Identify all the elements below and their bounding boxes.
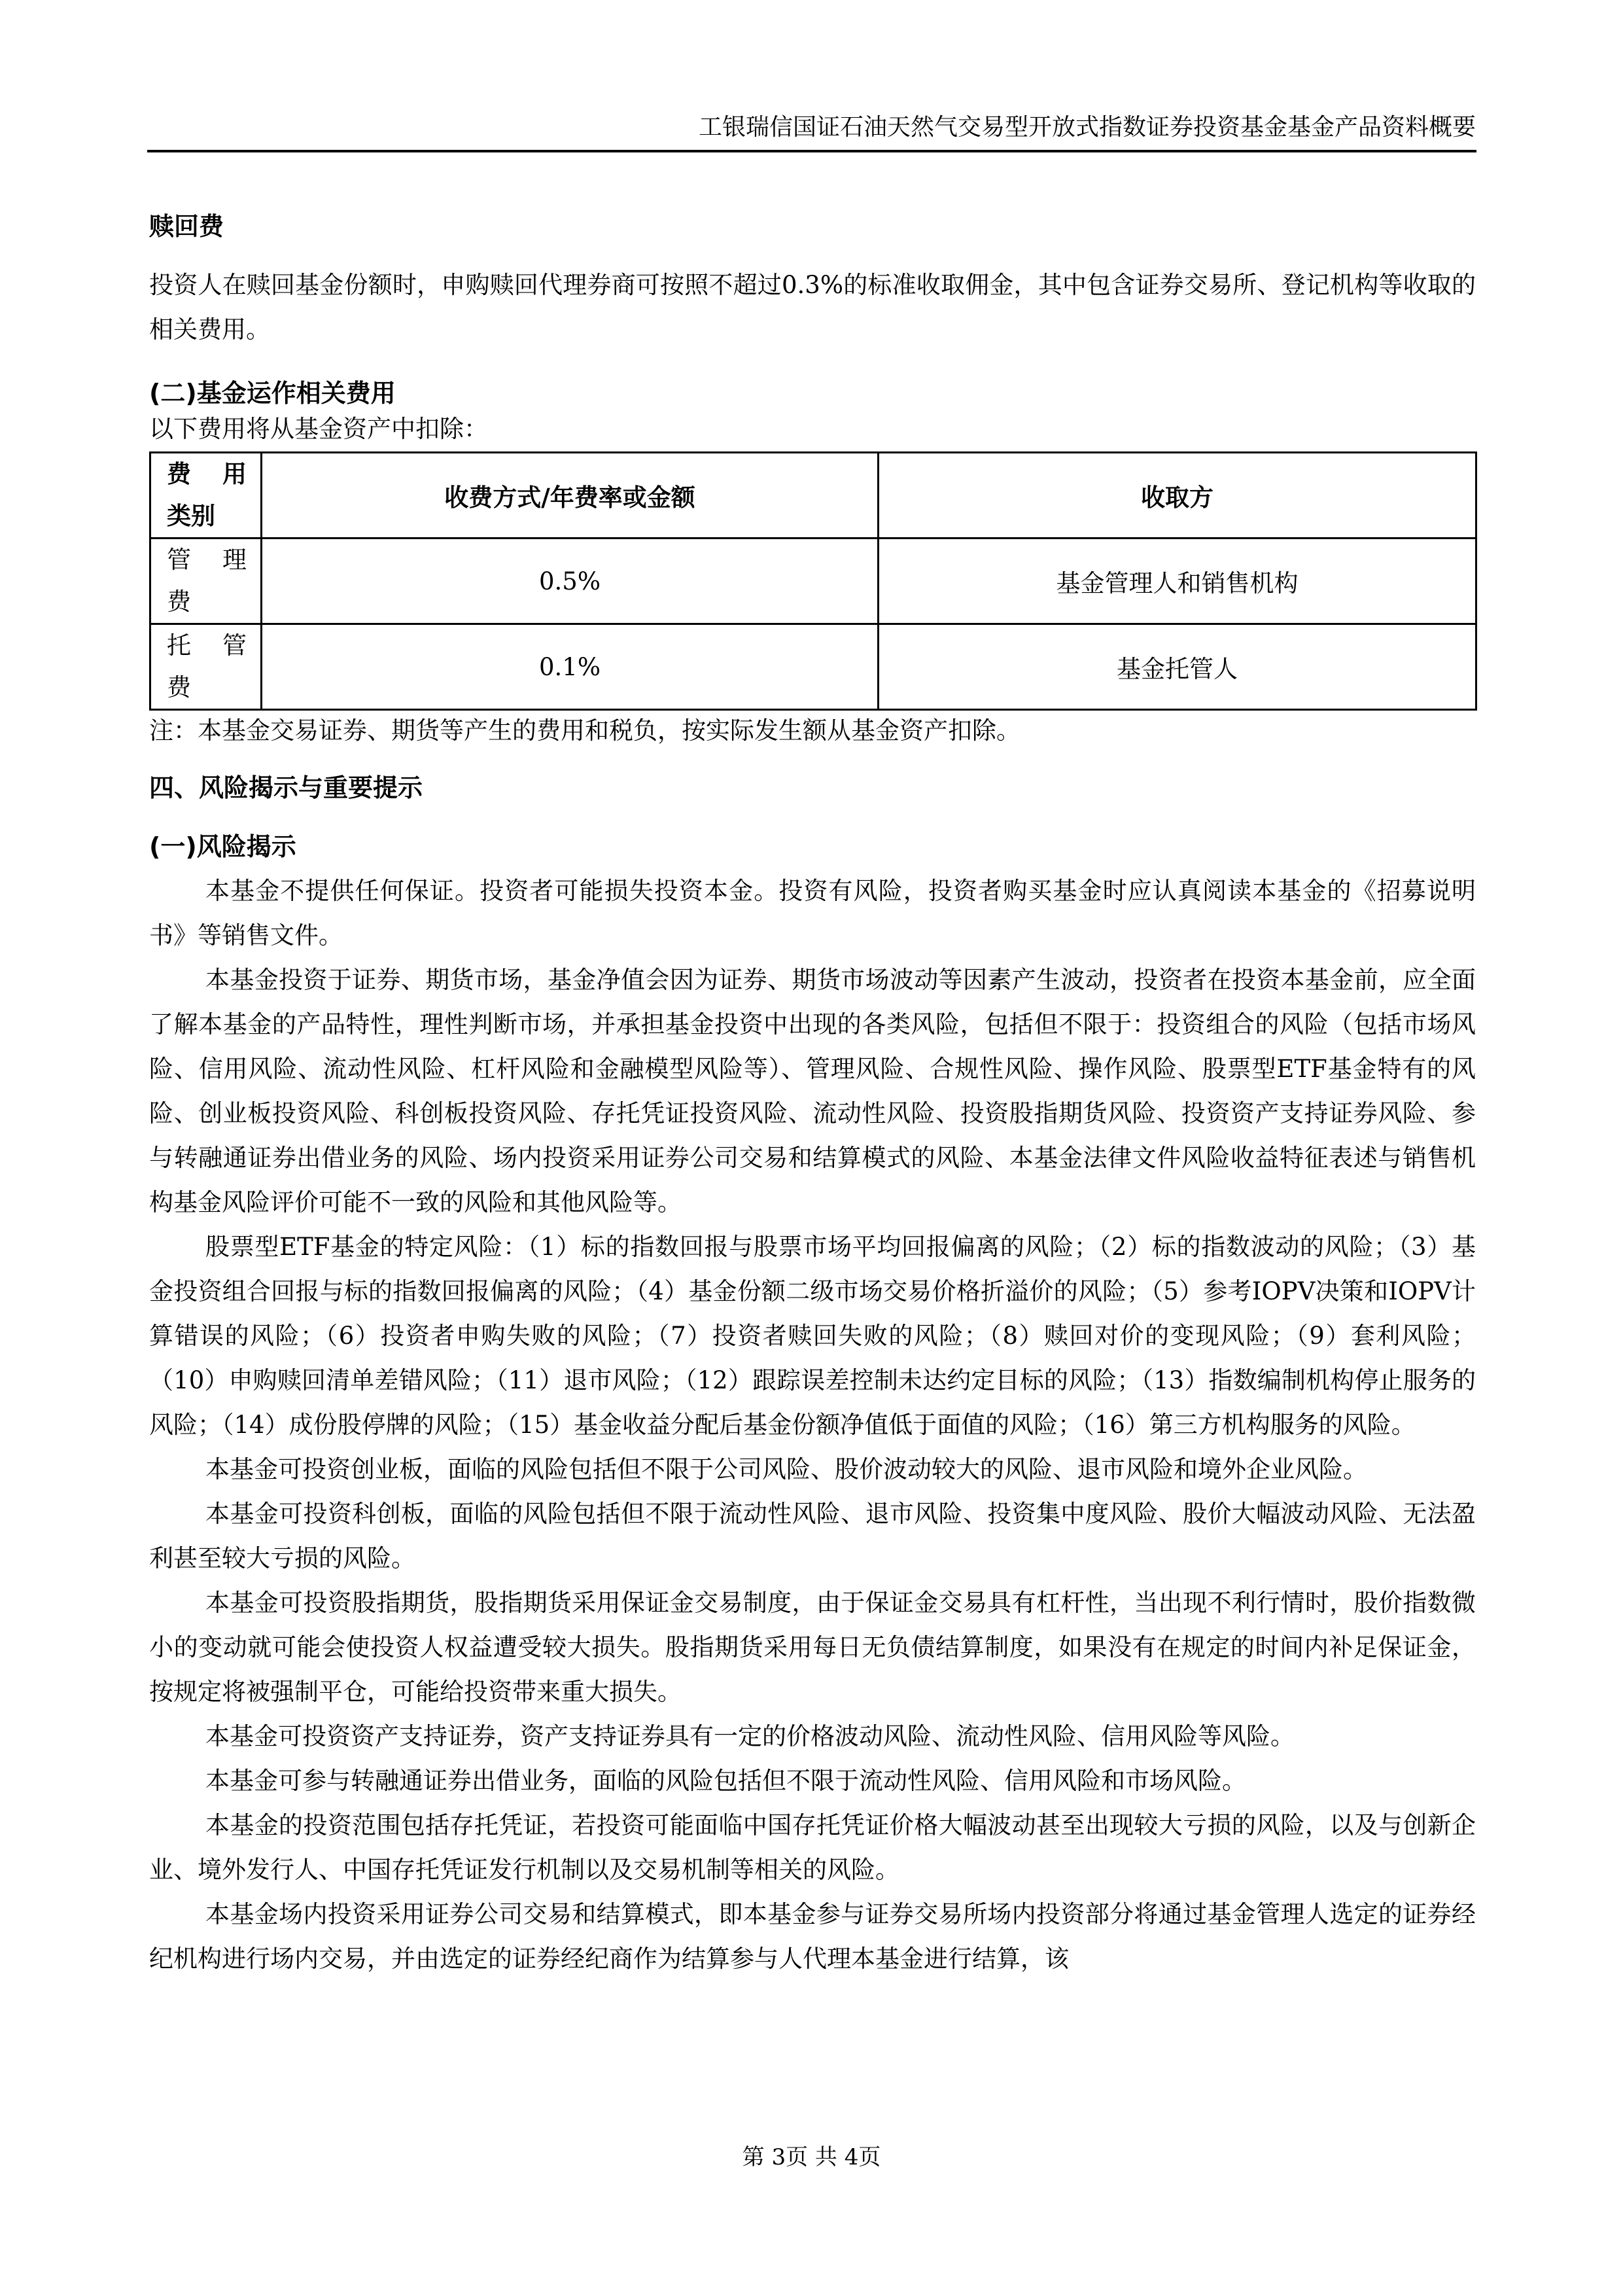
redemption-fee-heading: 赎回费 bbox=[149, 204, 1476, 249]
operating-fees-intro: 以下费用将从基金资产中扣除： bbox=[149, 412, 1476, 446]
header-fee-rate: 收费方式/年费率或金额 bbox=[262, 453, 879, 539]
operating-fees-note: 注：本基金交易证券、期货等产生的费用和税负，按实际发生额从基金资产扣除。 bbox=[149, 711, 1476, 751]
operating-fees-heading: (二)基金运作相关费用 bbox=[149, 374, 1476, 412]
cell-recipient: 基金托管人 bbox=[879, 624, 1476, 710]
risk-paragraph: 股票型ETF基金的特定风险：（1）标的指数回报与股票市场平均回报偏离的风险；（2… bbox=[149, 1225, 1476, 1447]
risk-section-heading: 四、风险揭示与重要提示 bbox=[149, 766, 1476, 810]
risk-paragraph: 本基金可投资科创板，面临的风险包括但不限于流动性风险、退市风险、投资集中度风险、… bbox=[149, 1492, 1476, 1581]
risk-paragraph: 本基金不提供任何保证。投资者可能损失投资本金。投资有风险，投资者购买基金时应认真… bbox=[149, 869, 1476, 958]
page-content: 赎回费 投资人在赎回基金份额时，申购赎回代理券商可按照不超过0.3%的标准收取佣… bbox=[149, 204, 1476, 1981]
risk-disclosure-subheading: (一)风险揭示 bbox=[149, 824, 1476, 869]
risk-paragraph: 本基金投资于证券、期货市场，基金净值会因为证券、期货市场波动等因素产生波动，投资… bbox=[149, 958, 1476, 1225]
table-row: 管 理费 0.5% 基金管理人和销售机构 bbox=[150, 539, 1476, 624]
table-header-row: 费 用类别 收费方式/年费率或金额 收取方 bbox=[150, 453, 1476, 539]
risk-paragraph: 本基金可参与转融通证券出借业务，面临的风险包括但不限于流动性风险、信用风险和市场… bbox=[149, 1759, 1476, 1803]
risk-paragraph: 本基金可投资股指期货，股指期货采用保证金交易制度，由于保证金交易具有杠杆性，当出… bbox=[149, 1581, 1476, 1714]
risk-paragraph: 本基金场内投资采用证券公司交易和结算模式，即本基金参与证券交易所场内投资部分将通… bbox=[149, 1892, 1476, 1981]
cell-category: 管 理费 bbox=[150, 539, 262, 624]
header-fee-category: 费 用类别 bbox=[150, 453, 262, 539]
header-divider bbox=[147, 150, 1476, 152]
redemption-fee-text: 投资人在赎回基金份额时，申购赎回代理券商可按照不超过0.3%的标准收取佣金，其中… bbox=[149, 263, 1476, 352]
risk-paragraph: 本基金的投资范围包括存托凭证，若投资可能面临中国存托凭证价格大幅波动甚至出现较大… bbox=[149, 1803, 1476, 1892]
cell-recipient: 基金管理人和销售机构 bbox=[879, 539, 1476, 624]
cell-category: 托 管费 bbox=[150, 624, 262, 710]
document-header: 工银瑞信国证石油天然气交易型开放式指数证券投资基金基金产品资料概要 bbox=[147, 111, 1476, 144]
page-number: 第 3页 共 4页 bbox=[0, 2141, 1623, 2174]
cell-rate: 0.1% bbox=[262, 624, 879, 710]
risk-paragraph: 本基金可投资资产支持证券，资产支持证券具有一定的价格波动风险、流动性风险、信用风… bbox=[149, 1714, 1476, 1759]
operating-fees-table: 费 用类别 收费方式/年费率或金额 收取方 管 理费 0.5% 基金管理人和销售… bbox=[149, 451, 1477, 711]
risk-paragraph: 本基金可投资创业板，面临的风险包括但不限于公司风险、股价波动较大的风险、退市风险… bbox=[149, 1447, 1476, 1492]
header-fee-recipient: 收取方 bbox=[879, 453, 1476, 539]
table-row: 托 管费 0.1% 基金托管人 bbox=[150, 624, 1476, 710]
cell-rate: 0.5% bbox=[262, 539, 879, 624]
